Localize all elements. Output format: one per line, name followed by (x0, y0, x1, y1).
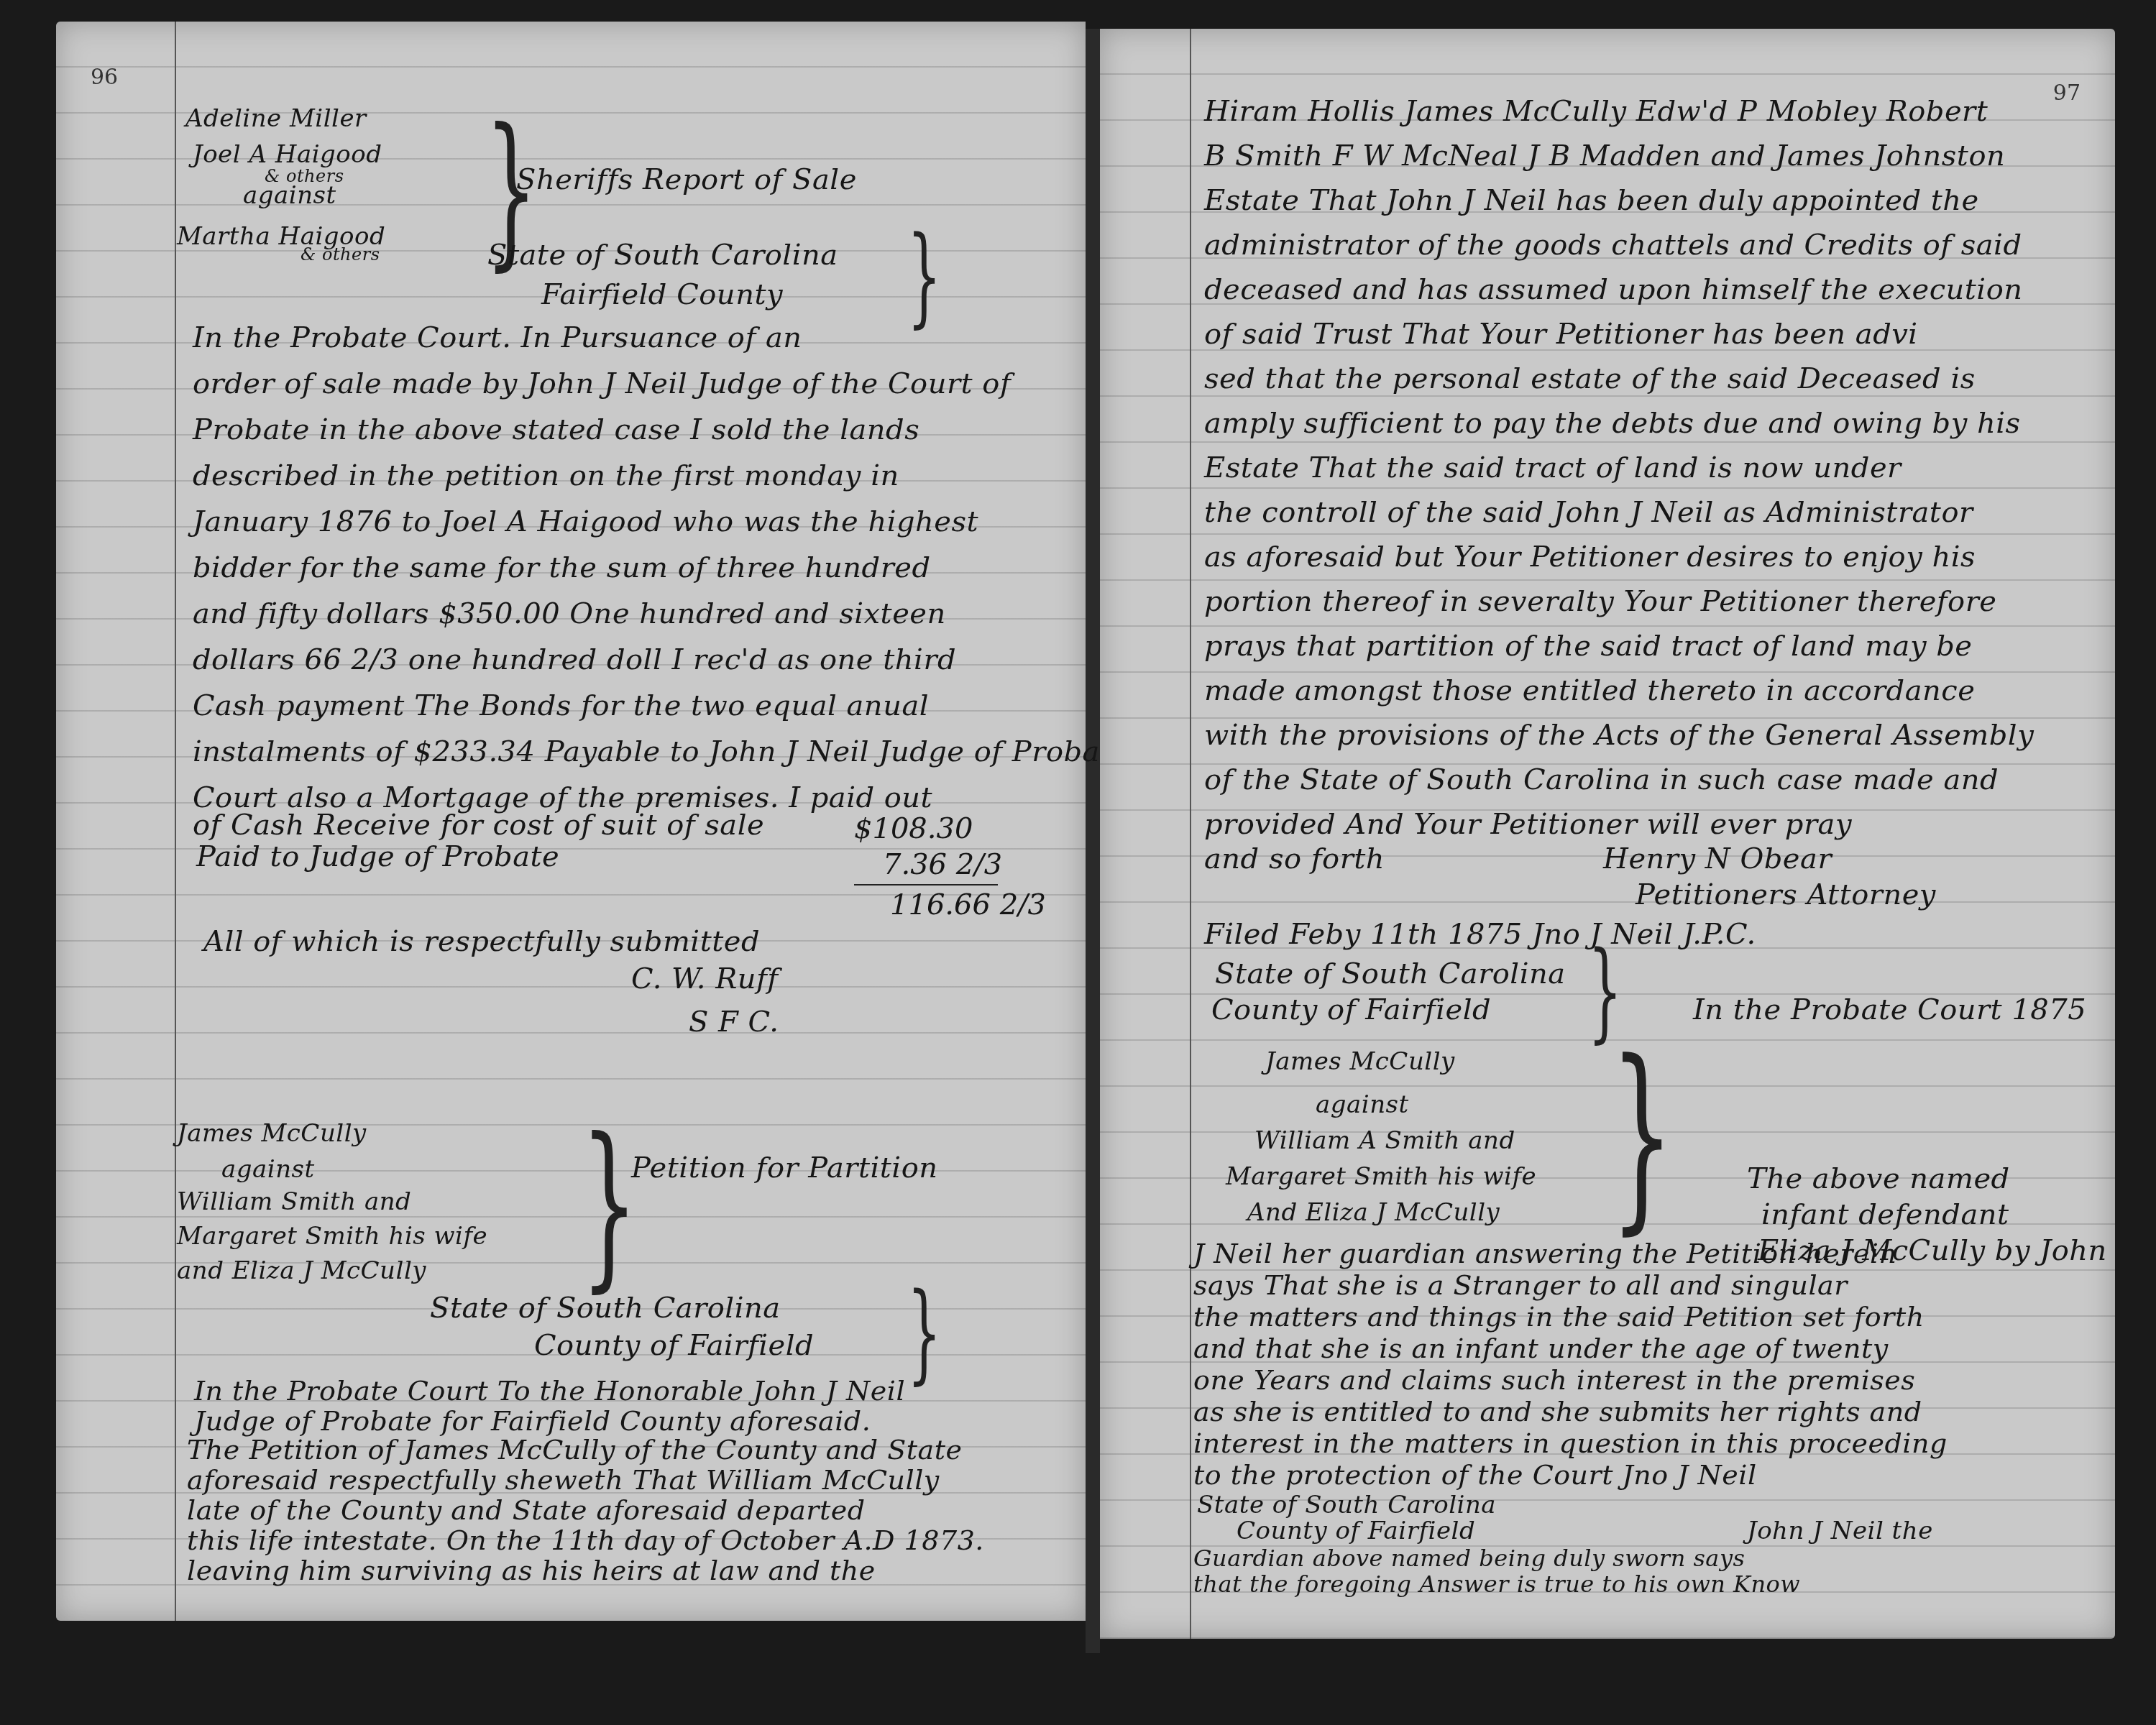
party-name: William A Smith and (1254, 1128, 1515, 1153)
filed-line: Filed Feby 11th 1875 Jno J Neil J.P.C. (1204, 920, 1756, 949)
body-line: of said Trust That Your Petitioner has b… (1204, 320, 2096, 349)
body-line: order of sale made by John J Neil Judge … (193, 369, 1063, 398)
party-name: Adeline Miller (185, 106, 367, 131)
answer-intro: infant defendant (1761, 1200, 2009, 1229)
party-name: Joel A Haigood (193, 142, 382, 167)
body-line: described in the petition on the first m… (193, 461, 1063, 490)
body-line: J Neil her guardian answering the Petiti… (1193, 1240, 1896, 1267)
party-name: Margaret Smith his wife (177, 1224, 487, 1248)
body-line: one Years and claims such interest in th… (1193, 1366, 1915, 1394)
book-gutter (1086, 29, 1100, 1653)
body-line: this life intestate. On the 11th day of … (187, 1527, 984, 1554)
amount-judge: 7.36 2/3 (883, 848, 1002, 881)
body-line: January 1876 to Joel A Haigood who was t… (193, 507, 1063, 536)
body-line: that the foregoing Answer is true to his… (1193, 1573, 1800, 1596)
venue-county: County of Fairfield (1211, 995, 1491, 1024)
body-line: B Smith F W McNeal J B Madden and James … (1204, 142, 2096, 170)
against-label: against (221, 1157, 315, 1182)
sum-rule (854, 884, 998, 885)
body-line: portion thereof in severalty Your Petiti… (1204, 587, 2096, 616)
body-line: bidder for the same for the sum of three… (193, 553, 1063, 582)
venue-county: County of Fairfield (534, 1331, 814, 1360)
against-label: against (243, 183, 336, 208)
body-line: with the provisions of the Acts of the G… (1204, 721, 2096, 750)
body-line: dollars 66 2/3 one hundred doll I rec'd … (193, 645, 1063, 674)
paid-line: Paid to Judge of Probate (196, 842, 559, 871)
body-line: provided And Your Petitioner will ever p… (1204, 810, 2096, 839)
body-line: Probate in the above stated case I sold … (193, 415, 1063, 444)
body-line: prays that partition of the said tract o… (1204, 632, 2096, 661)
margin-line (175, 22, 176, 1621)
party-name: Margaret Smith his wife (1226, 1164, 1536, 1189)
body-line: deceased and has assumed upon himself th… (1204, 275, 2096, 304)
body-line: to the protection of the Court Jno J Nei… (1193, 1461, 1757, 1489)
caption-brace: } (581, 1114, 638, 1294)
body-line: amply sufficient to pay the debts due an… (1204, 409, 2096, 438)
venue-brace: } (907, 1279, 942, 1387)
signature-title: S F C. (689, 1008, 779, 1036)
body-line: Estate That John J Neil has been duly ap… (1204, 186, 2096, 215)
venue-state: State of South Carolina (430, 1294, 781, 1322)
body-line: the controll of the said John J Neil as … (1204, 498, 2096, 527)
margin-line (1190, 29, 1191, 1639)
body-line: as she is entitled to and she submits he… (1193, 1398, 1922, 1425)
venue-county: Fairfield County (541, 280, 783, 309)
body-line: made amongst those entitled thereto in a… (1204, 676, 2096, 705)
body-line: and fifty dollars $350.00 One hundred an… (193, 599, 1063, 628)
closing-statement: All of which is respectfully submitted (203, 927, 760, 956)
body-line: as aforesaid but Your Petitioner desires… (1204, 543, 2096, 571)
document-title: Petition for Partition (631, 1154, 937, 1182)
body-line: interest in the matters in question in t… (1193, 1430, 1948, 1457)
body-line: aforesaid respectfully sheweth That Will… (187, 1466, 940, 1494)
body-line: the matters and things in the said Petit… (1193, 1303, 1925, 1330)
court-label: In the Probate Court 1875 (1693, 995, 2086, 1024)
party-name: William Smith and (177, 1190, 411, 1214)
body-line: In the Probate Court To the Honorable Jo… (194, 1377, 905, 1404)
body-line: Hiram Hollis James McCully Edw'd P Moble… (1204, 97, 2096, 126)
amount-total: 116.66 2/3 (890, 888, 1046, 921)
body-line: Judge of Probate for Fairfield County af… (194, 1407, 871, 1435)
page-number: 96 (91, 65, 118, 90)
venue-county: County of Fairfield (1237, 1519, 1475, 1543)
body-line: Guardian above named being duly sworn sa… (1193, 1547, 1745, 1570)
body-line: The Petition of James McCully of the Cou… (187, 1436, 962, 1463)
body-line: and that she is an infant under the age … (1193, 1335, 1889, 1362)
body-line: leaving him surviving as his heirs at la… (187, 1557, 876, 1584)
body-line: In the Probate Court. In Pursuance of an (193, 323, 1063, 352)
body-line: sed that the personal estate of the said… (1204, 364, 2096, 393)
party-qualifier: & others (301, 246, 380, 263)
body-line: Court also a Mortgage of the premises. I… (193, 783, 1063, 812)
body-line: Estate That the said tract of land is no… (1204, 454, 2096, 482)
venue-brace: } (907, 223, 942, 331)
against-label: against (1316, 1092, 1409, 1117)
party-name: and Eliza J McCully (177, 1259, 426, 1283)
body-line: of the State of South Carolina in such c… (1204, 765, 2096, 794)
body-line: late of the County and State aforesaid d… (187, 1496, 866, 1524)
party-name: James McCully (177, 1121, 367, 1146)
body-line: administrator of the goods chattels and … (1204, 231, 2096, 259)
attorney-title: Petitioners Attorney (1636, 880, 1936, 909)
oath-lead: John J Neil the (1747, 1519, 1933, 1543)
caption-brace: } (1610, 1035, 1674, 1236)
venue-state: State of South Carolina (487, 241, 838, 270)
body-line: says That she is a Stranger to all and s… (1193, 1271, 1848, 1299)
body-line: Cash payment The Bonds for the two equal… (193, 691, 1063, 720)
answer-intro: The above named (1747, 1164, 2010, 1193)
amount-costs: $108.30 (854, 812, 973, 845)
party-name: And Eliza J McCully (1247, 1200, 1500, 1225)
party-name: James McCully (1265, 1049, 1455, 1074)
body-line: instalments of $233.34 Payable to John J… (193, 737, 1063, 766)
venue-state: State of South Carolina (1215, 960, 1566, 988)
venue-state: State of South Carolina (1197, 1493, 1496, 1517)
attorney-signature: Henry N Obear (1603, 845, 1832, 873)
document-title: Sheriffs Report of Sale (516, 165, 857, 194)
signature: C. W. Ruff (631, 965, 779, 993)
